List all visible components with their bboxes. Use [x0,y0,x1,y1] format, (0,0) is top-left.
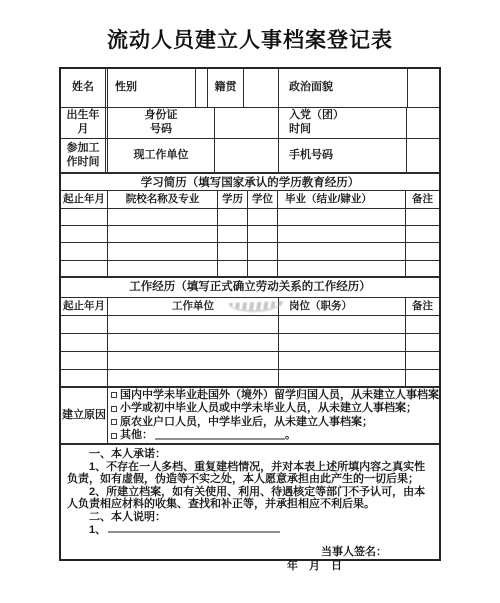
native-place-input-cell [244,69,279,107]
basic-row-2: 出生年月 身份证号码 入党（团）时间 [61,108,439,139]
work-cell [108,370,279,386]
edu-cell [61,226,108,242]
registration-form-page: 流动人员建立人事档案登记表 姓名 性别 籍贯 政治面貌 出生年月 身份证号码 入… [0,0,500,603]
work-cell [279,334,406,351]
reason-option-text: 小学或初中毕业人员或中学未毕业人员，从未建立人事档案； [120,402,417,416]
blank-cell [408,69,439,107]
basic-row-1: 姓名 性别 籍贯 政治面貌 [61,69,439,108]
promise-title: 一、本人承诺： [67,448,433,461]
edu-cell [218,243,248,260]
explain-title: 二、本人说明： [67,511,433,524]
edu-header-degree: 学历 [218,191,248,208]
edu-cell [108,209,218,225]
work-cell [61,352,108,369]
promise-item-2: 2、所建立档案，如有关使用、利用、待遇核定等部门不予认可，由本人负责相应材料的收… [67,486,433,511]
native-place-label-cell: 籍贯 [208,69,244,107]
edu-cell [61,261,108,276]
blank-line [155,431,285,440]
work-start-label-cell: 参加工作时间 [61,139,108,172]
work-cell [406,316,439,333]
id-number-label-cell: 身份证号码 [108,108,215,138]
reason-option-text: 原农业户口人员，中学毕业后，从未建立人事档案； [120,416,373,430]
reason-option: 原农业户口人员，中学毕业后，从未建立人事档案； [111,416,373,430]
work-empty-row [61,316,439,334]
work-cell [108,316,279,333]
explain-item: 1、 [67,524,433,537]
edu-cell [108,261,218,276]
work-empty-row [61,370,439,388]
employer-input-cell [215,139,279,172]
education-empty-row [61,226,439,243]
edu-cell [218,261,248,276]
reason-option-text: 国内中学未毕业赴国外（境外）留学归国人员，从未建立人事档案； [120,389,439,403]
edu-cell [248,243,278,260]
edu-cell [278,226,406,242]
reason-option: 小学或初中毕业人员或中学未毕业人员，从未建立人事档案； [111,402,417,416]
work-cell [108,334,279,351]
employer-label-cell: 现工作单位 [108,139,215,172]
name-label-cell: 姓名 [61,69,108,107]
mobile-label-cell: 手机号码 [279,139,407,172]
education-section-title: 学习简历（填写国家承认的学历教育经历） [61,174,439,191]
checkbox-icon[interactable] [111,406,117,412]
checkbox-icon[interactable] [111,419,117,425]
work-cell [61,370,108,386]
work-cell [279,352,406,369]
work-cell [406,352,439,369]
work-empty-row [61,352,439,370]
reason-option-other: 其他：。 [111,429,296,443]
form-table: 姓名 性别 籍贯 政治面貌 出生年月 身份证号码 入党（团）时间 参加工作时间 … [59,67,441,561]
edu-cell [108,226,218,242]
edu-header-school: 院校名称及专业 [108,191,218,208]
reason-options: 国内中学未毕业赴国外（境外）留学归国人员，从未建立人事档案； 小学或初中毕业人员… [108,388,439,443]
work-cell [61,316,108,333]
party-join-label-cell: 入党（团）时间 [279,108,407,138]
work-cell [406,370,439,386]
edu-cell [278,261,406,276]
edu-cell [248,226,278,242]
education-header-row: 起止年月 院校名称及专业 学历 学位 毕业（结业/肄业） 备注 [61,191,439,209]
signer-label: 当事人签名： [67,546,433,559]
education-empty-row [61,243,439,261]
form-title: 流动人员建立人事档案登记表 [0,0,500,54]
edu-header-graduation: 毕业（结业/肄业） [278,191,406,208]
edu-cell [61,209,108,225]
declaration-body: 一、本人承诺： 1、不存在一人多档、重复建档情况，并对本表上述所填内容之真实性负… [61,445,439,559]
edu-cell [108,243,218,260]
blank-cell [407,139,439,172]
promise-item-1: 1、不存在一人多档、重复建档情况，并对本表上述所填内容之真实性负责，如有虚假，伪… [67,461,433,486]
reason-label-cell: 建立原因 [61,388,108,443]
gender-label-cell: 性别 [108,69,196,107]
edu-cell [248,209,278,225]
education-empty-row [61,209,439,226]
work-cell [279,316,406,333]
work-empty-row [61,334,439,352]
blank-cell [407,108,439,138]
work-header-remark: 备注 [406,298,439,315]
checkbox-icon[interactable] [111,392,117,398]
edu-header-academic: 学位 [248,191,278,208]
spacer-cell [196,69,208,107]
edu-cell [406,209,439,225]
education-empty-row [61,261,439,278]
work-cell [108,352,279,369]
birth-date-label-cell: 出生年月 [61,108,108,138]
political-status-label-cell: 政治面貌 [279,69,408,107]
other-suffix: 。 [285,429,296,443]
work-header-position: 岗位（职务） [279,298,406,315]
work-header-period: 起止年月 [61,298,108,315]
edu-cell [61,243,108,260]
checkbox-icon[interactable] [111,433,117,439]
edu-cell [248,261,278,276]
blank-line [108,524,280,533]
reason-row: 建立原因 国内中学未毕业赴国外（境外）留学归国人员，从未建立人事档案； 小学或初… [61,388,439,445]
work-cell [279,370,406,386]
edu-cell [278,209,406,225]
edu-cell [406,261,439,276]
work-section-title: 工作经历（填写正式确立劳动关系的工作经历） [61,278,439,298]
edu-cell [406,243,439,260]
edu-header-period: 起止年月 [61,191,108,208]
date-label: 年 月 日 [67,560,433,573]
work-cell [61,334,108,351]
basic-row-3: 参加工作时间 现工作单位 手机号码 [61,139,439,174]
edu-cell [218,226,248,242]
declaration-row: 一、本人承诺： 1、不存在一人多档、重复建档情况，并对本表上述所填内容之真实性负… [61,445,439,559]
edu-cell [218,209,248,225]
edu-cell [406,226,439,242]
edu-cell [278,243,406,260]
work-header-row: 起止年月 工作单位 岗位（职务） 备注 [61,298,439,316]
edu-header-remark: 备注 [406,191,439,208]
id-number-input-cell [215,108,279,138]
work-cell [406,334,439,351]
reason-option: 国内中学未毕业赴国外（境外）留学归国人员，从未建立人事档案； [111,389,439,403]
reason-option-text: 其他： [120,429,153,443]
